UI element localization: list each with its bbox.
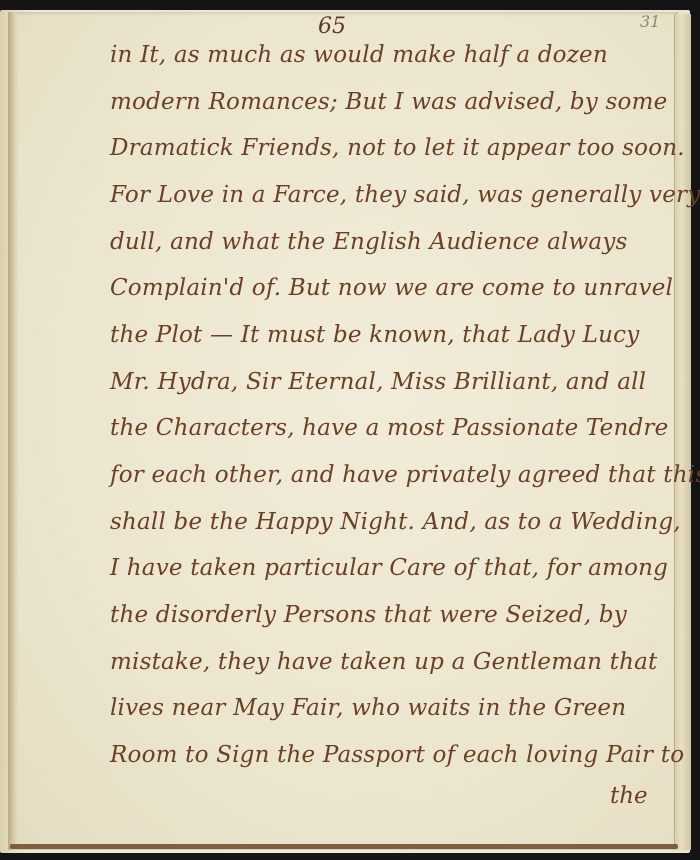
manuscript-line-15: lives near May Fair, who waits in the Gr… bbox=[110, 695, 670, 721]
manuscript-line-12: I have taken particular Care of that, fo… bbox=[110, 555, 670, 581]
manuscript-line-14: mistake, they have taken up a Gentleman … bbox=[110, 649, 670, 675]
page-bottom-edge bbox=[10, 844, 678, 849]
manuscript-line-9: the Characters, have a most Passionate T… bbox=[110, 415, 670, 441]
manuscript-line-6: Complain'd of. But now we are come to un… bbox=[110, 275, 670, 301]
manuscript-line-1: in It, as much as would make half a doze… bbox=[110, 42, 670, 68]
manuscript-line-7: the Plot — It must be known, that Lady L… bbox=[110, 322, 670, 348]
catchword: the bbox=[610, 783, 648, 809]
page-gutter bbox=[8, 12, 18, 850]
manuscript-line-10: for each other, and have privately agree… bbox=[110, 462, 670, 488]
manuscript-line-2: modern Romances; But I was advised, by s… bbox=[110, 89, 670, 115]
page-number: 65 bbox=[318, 14, 346, 39]
manuscript-line-16: Room to Sign the Passport of each loving… bbox=[110, 742, 670, 768]
manuscript-line-5: dull, and what the English Audience alwa… bbox=[110, 229, 670, 255]
manuscript-line-11: shall be the Happy Night. And, as to a W… bbox=[110, 509, 670, 535]
manuscript-line-3: Dramatick Friends, not to let it appear … bbox=[110, 135, 670, 161]
folio-number: 31 bbox=[640, 12, 660, 31]
manuscript-line-8: Mr. Hydra, Sir Eternal, Miss Brilliant, … bbox=[110, 369, 670, 395]
manuscript-line-13: the disorderly Persons that were Seized,… bbox=[110, 602, 670, 628]
manuscript-line-4: For Love in a Farce, they said, was gene… bbox=[110, 182, 670, 208]
